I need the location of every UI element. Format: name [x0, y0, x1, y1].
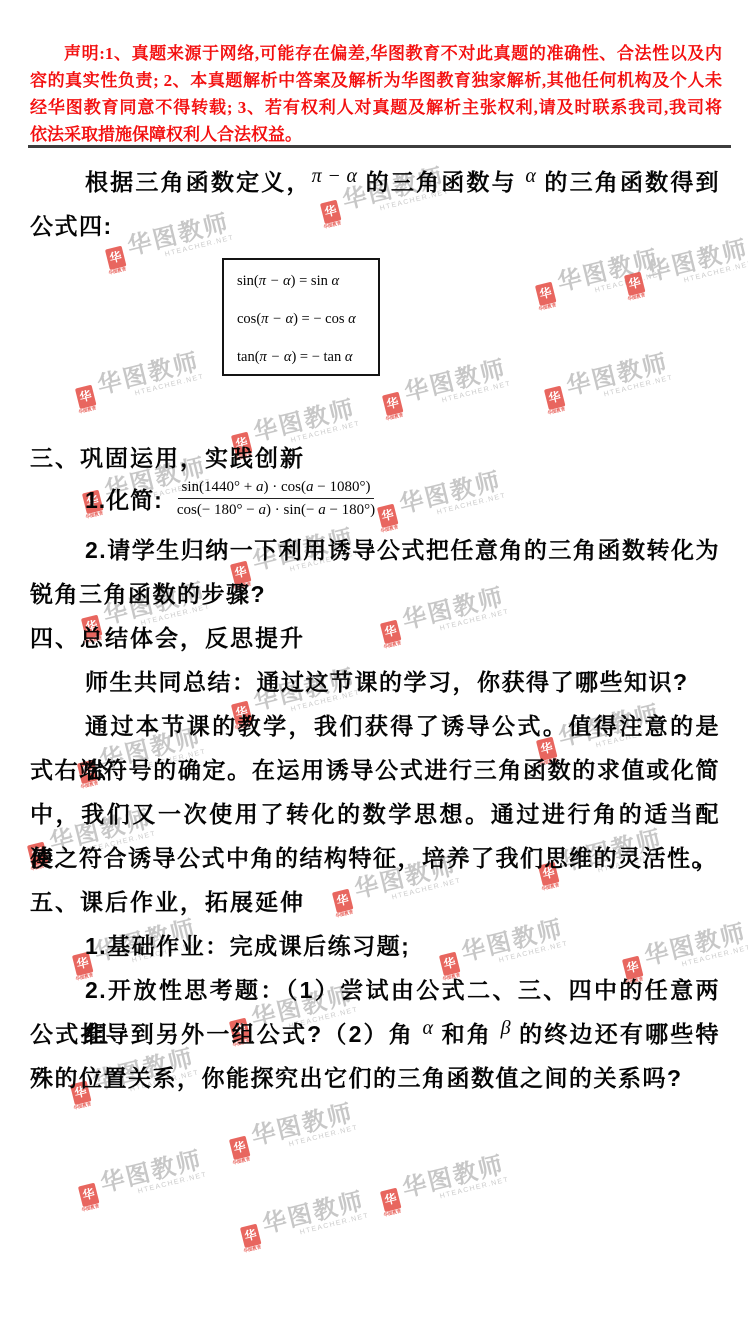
text-segment: 1.基础作业：完成课后练习题; [85, 933, 410, 959]
text-segment: 2.请学生归纳一下利用诱导公式把任意角的三角函数转化为 [85, 537, 720, 563]
text-line: 2.开放性思考题：（1）尝试由公式二、三、四中的任意两组 [30, 968, 720, 1012]
formula-box: sin(π − α) = sin αcos(π − α) = − cos αta… [222, 258, 380, 376]
divider-line [28, 145, 731, 148]
text-segment: α [345, 349, 353, 365]
text-line: 式右端符号的确定。在运用诱导公式进行三角函数的求值或化简 [30, 748, 720, 792]
text-segment: 的三角函数与 [357, 169, 525, 195]
text-segment: π − α [260, 349, 292, 365]
content-flow: 根据三角函数定义，π − α 的三角函数与 α 的三角函数得到公式四:sin(π… [30, 160, 720, 1100]
watermark: 华华图教育华图教师HTEACHER.NET [76, 1148, 208, 1210]
watermark-text: 华图教师HTEACHER.NET [98, 1148, 208, 1205]
text-segment: α [348, 311, 356, 327]
huatu-logo-icon: 华华图教育 [240, 1224, 262, 1248]
watermark: 华华图教育华图教师HTEACHER.NET [227, 1101, 359, 1163]
text-segment: 殊的位置关系，你能探究出它们的三角函数值之间的关系吗? [30, 1065, 683, 1091]
text-segment: cos( [237, 311, 261, 327]
huatu-logo-caption: 华图教育 [232, 1157, 251, 1166]
text-segment: 的三角函数得到 [536, 169, 720, 195]
text-line: 中，我们又一次使用了转化的数学思想。通过进行角的适当配凑， [30, 792, 720, 836]
text-segment: ) · cos( [264, 479, 306, 495]
text-segment: 根据三角函数定义， [85, 169, 312, 195]
text-segment: π − α [261, 311, 293, 327]
huatu-logo-icon: 华华图教育 [78, 1183, 100, 1207]
huatu-logo-caption: 华图教育 [81, 1204, 100, 1213]
huatu-logo-icon: 华华图教育 [229, 1136, 251, 1160]
text-segment: a [318, 502, 326, 518]
watermark: 华华图教育华图教师HTEACHER.NET [378, 1153, 510, 1215]
text-segment: a [306, 479, 314, 495]
disclaimer: 声明:1、真题来源于网络,可能存在偏差,华图教育不对此真题的准确性、合法性以及内… [30, 40, 722, 148]
watermark-subtext: HTEACHER.NET [439, 1176, 510, 1201]
formula-line: sin(π − α) = sin α [237, 262, 378, 300]
text-segment: 1.化简: [85, 487, 163, 513]
text-segment: sin( [237, 273, 259, 289]
text-segment: 公式推导到另外一组公式?（2）角 [30, 1021, 423, 1047]
text-segment: cos(− 180° − [177, 502, 259, 518]
document-page: 华华图教育华图教师HTEACHER.NET华华图教育华图教师HTEACHER.N… [0, 0, 748, 1335]
text-segment: tan( [237, 349, 260, 365]
text-segment: a [259, 502, 267, 518]
watermark-brand: 华图教师 [98, 1148, 206, 1197]
fraction-label: 1.化简: [85, 482, 163, 515]
huatu-logo-icon: 华华图教育 [380, 1188, 402, 1212]
text-segment: 五、课后作业，拓展延伸 [30, 889, 305, 915]
text-segment: 的终边还有哪些特 [511, 1021, 720, 1047]
text-segment: β [501, 1017, 511, 1039]
text-segment: − 1080°) [314, 479, 371, 495]
text-segment: 使之符合诱导公式中角的结构特征，培养了我们思维的灵活性。 [30, 845, 716, 871]
watermark: 华华图教育华图教师HTEACHER.NET [238, 1189, 370, 1251]
text-line: 1.基础作业：完成课后练习题; [30, 924, 720, 968]
watermark-text: 华图教师HTEACHER.NET [400, 1153, 510, 1210]
disclaimer-line: 经华图教育同意不得转载; 3、若有权利人对真题及解析主张权利,请及时联系我司,我… [30, 94, 722, 121]
huatu-logo-caption: 华图教育 [383, 1209, 402, 1218]
text-line: 2.请学生归纳一下利用诱导公式把任意角的三角函数转化为 [30, 528, 720, 572]
text-segment: 师生共同总结：通过这节课的学习，你获得了哪些知识? [85, 669, 689, 695]
text-line: 通过本节课的教学，我们获得了诱导公式。值得注意的是公 [30, 704, 720, 748]
watermark-brand: 华图教师 [260, 1189, 368, 1238]
formula-line: tan(π − α) = − tan α [237, 338, 378, 376]
watermark-subtext: HTEACHER.NET [288, 1124, 359, 1149]
text-segment: 式右端符号的确定。在运用诱导公式进行三角函数的求值或化简 [30, 757, 720, 783]
disclaimer-line: 容的真实性负责; 2、本真题解析中答案及解析为华图教育独家解析,其他任何机构及个… [30, 67, 722, 94]
fraction-numerator: sin(1440° + a) · cos(a − 1080°) [178, 478, 375, 499]
text-segment: π − α [312, 165, 357, 187]
text-segment: ) · sin(− [266, 502, 318, 518]
text-segment: ) = − tan [291, 349, 344, 365]
section-heading: 五、课后作业，拓展延伸 [30, 880, 720, 924]
text-segment: a [256, 479, 264, 495]
text-segment: 四、总结体会，反思提升 [30, 625, 305, 651]
watermark-text: 华图教师HTEACHER.NET [249, 1101, 359, 1158]
text-line: 公式推导到另外一组公式?（2）角 α 和角 β 的终边还有哪些特 [30, 1012, 720, 1056]
text-line: 公式四: [30, 204, 720, 248]
watermark-text: 华图教师HTEACHER.NET [260, 1189, 370, 1246]
text-line: 师生共同总结：通过这节课的学习，你获得了哪些知识? [30, 660, 720, 704]
text-segment: α [423, 1017, 434, 1039]
text-segment: 三、巩固运用，实践创新 [30, 445, 305, 471]
text-segment: α [525, 165, 536, 187]
fraction: sin(1440° + a) · cos(a − 1080°)cos(− 180… [177, 478, 375, 519]
section-heading: 四、总结体会，反思提升 [30, 616, 720, 660]
text-line: 使之符合诱导公式中角的结构特征，培养了我们思维的灵活性。 [30, 836, 720, 880]
disclaimer-line: 声明:1、真题来源于网络,可能存在偏差,华图教育不对此真题的准确性、合法性以及内 [30, 40, 722, 67]
watermark-subtext: HTEACHER.NET [137, 1171, 208, 1196]
text-segment: 公式四: [30, 213, 113, 239]
huatu-logo-caption: 华图教育 [73, 1102, 92, 1111]
text-segment: sin(1440° + [182, 479, 256, 495]
text-line: 根据三角函数定义，π − α 的三角函数与 α 的三角函数得到 [30, 160, 720, 204]
text-segment: ) = − cos [293, 311, 348, 327]
text-line: 殊的位置关系，你能探究出它们的三角函数值之间的关系吗? [30, 1056, 720, 1100]
disclaimer-line: 依法采取措施保障权利人合法权益。 [30, 121, 722, 148]
text-segment: − 180°) [326, 502, 375, 518]
watermark-subtext: HTEACHER.NET [299, 1212, 370, 1237]
text-segment: 锐角三角函数的步骤? [30, 581, 266, 607]
huatu-logo-caption: 华图教育 [243, 1245, 262, 1254]
text-segment: 和角 [433, 1021, 501, 1047]
text-segment: π − α [259, 273, 291, 289]
watermark-brand: 华图教师 [400, 1153, 508, 1202]
text-line: 锐角三角函数的步骤? [30, 572, 720, 616]
text-segment: α [331, 273, 339, 289]
formula-line: cos(π − α) = − cos α [237, 300, 378, 338]
fraction-denominator: cos(− 180° − a) · sin(− a − 180°) [177, 499, 375, 519]
text-segment: ) = sin [291, 273, 332, 289]
watermark-brand: 华图教师 [249, 1101, 357, 1150]
